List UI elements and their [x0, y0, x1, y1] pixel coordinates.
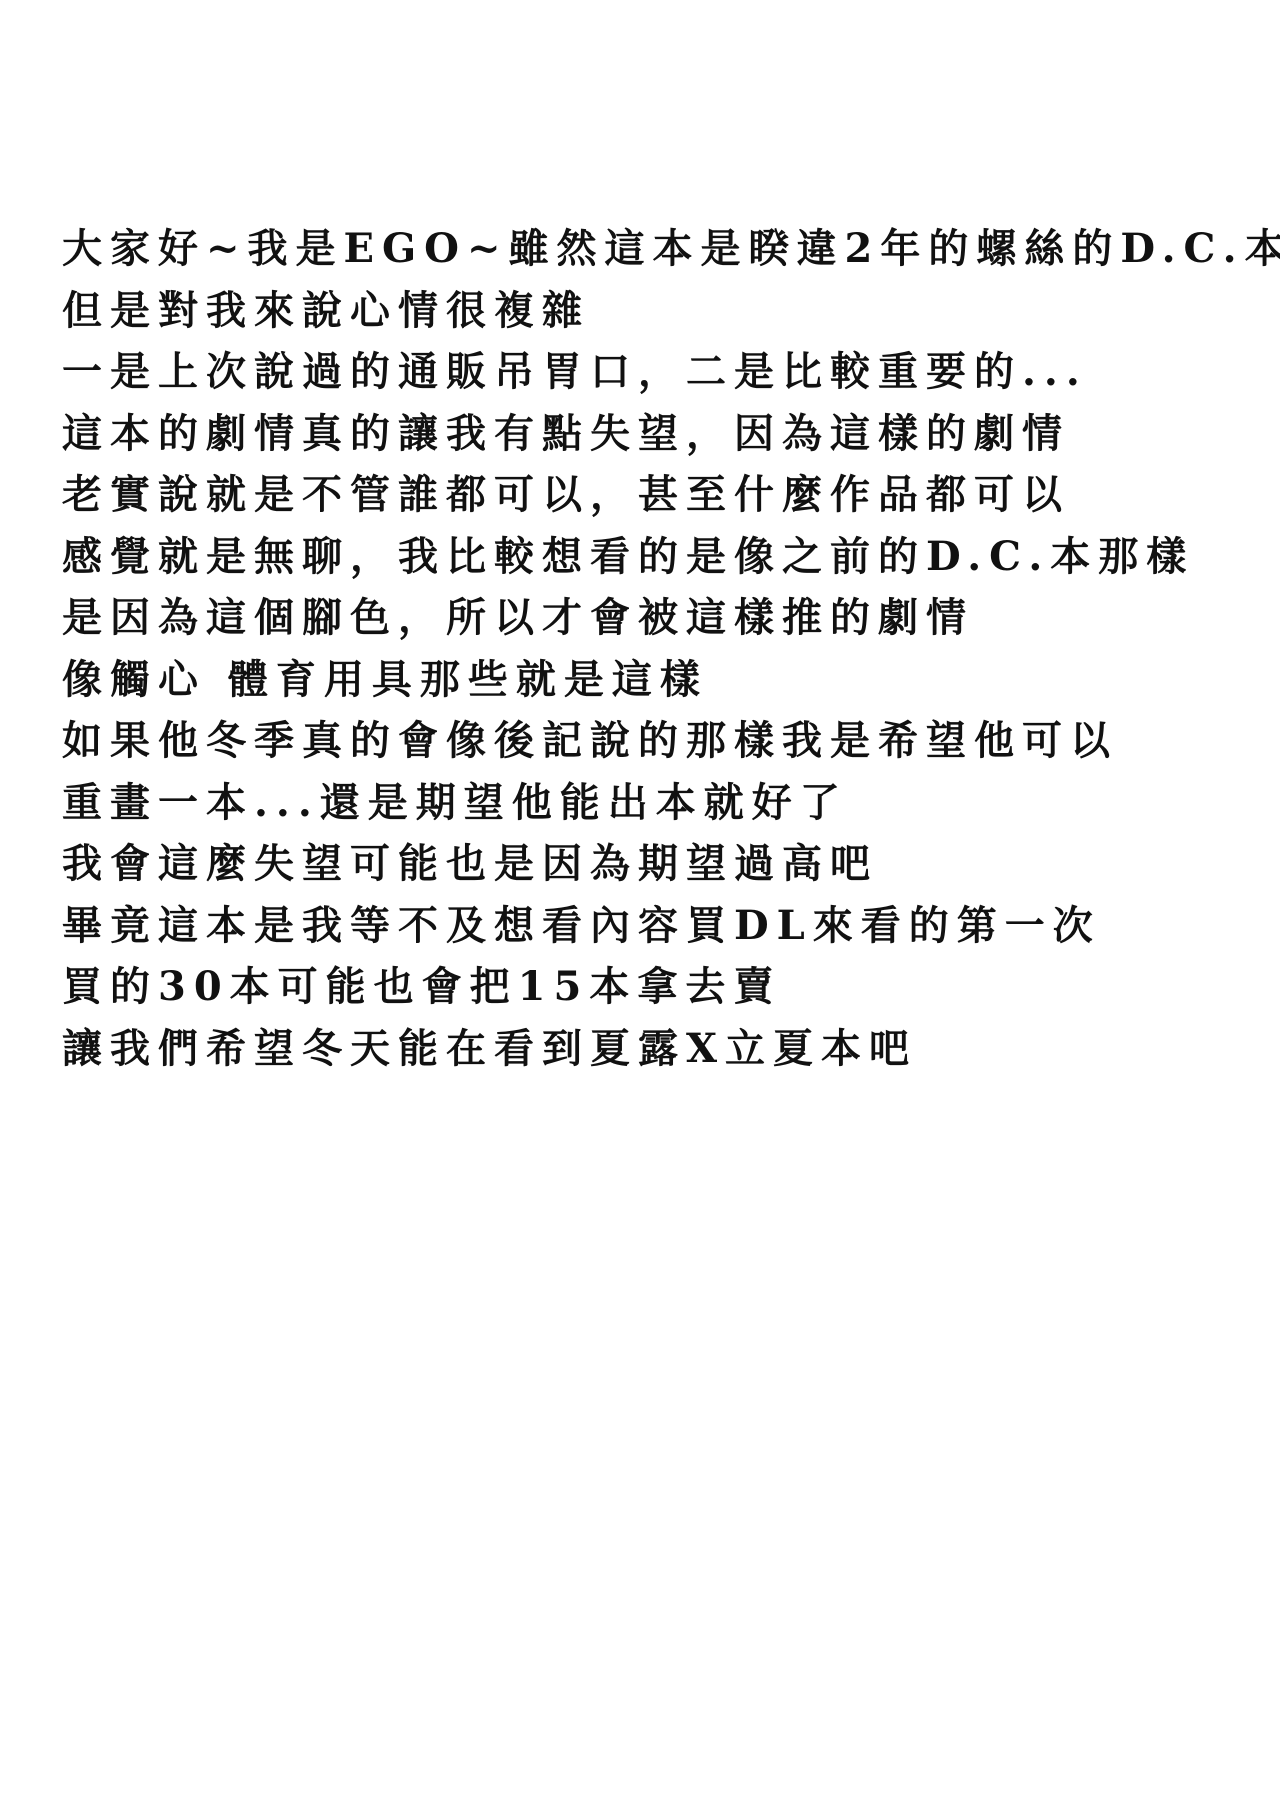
afterword-line-4: 這本的劇情真的讓我有點失望，因為這樣的劇情 [62, 403, 1262, 465]
afterword-line-11: 我會這麼失望可能也是因為期望過高吧 [62, 833, 1262, 895]
afterword-line-9: 如果他冬季真的會像後記說的那樣我是希望他可以 [62, 710, 1262, 772]
afterword-line-12: 畢竟這本是我等不及想看內容買DL來看的第一次 [62, 895, 1262, 957]
afterword-line-2: 但是對我來說心情很複雜 [62, 280, 1262, 342]
afterword-line-5: 老實說就是不管誰都可以，甚至什麼作品都可以 [62, 464, 1262, 526]
afterword-line-6: 感覺就是無聊，我比較想看的是像之前的D.C.本那樣 [62, 526, 1262, 588]
afterword-line-3: 一是上次說過的通販吊胃口，二是比較重要的... [62, 341, 1262, 403]
afterword-text-block: 大家好~我是EGO~雖然這本是睽違2年的螺絲的D.C.本 但是對我來說心情很複雜… [62, 218, 1262, 1079]
afterword-line-1: 大家好~我是EGO~雖然這本是睽違2年的螺絲的D.C.本 [62, 218, 1262, 280]
afterword-line-14: 讓我們希望冬天能在看到夏露X立夏本吧 [62, 1018, 1262, 1080]
document-page: 大家好~我是EGO~雖然這本是睽違2年的螺絲的D.C.本 但是對我來說心情很複雜… [0, 0, 1280, 1812]
afterword-line-7: 是因為這個腳色，所以才會被這樣推的劇情 [62, 587, 1262, 649]
afterword-line-13: 買的30本可能也會把15本拿去賣 [62, 956, 1262, 1018]
afterword-line-8: 像觸心 體育用具那些就是這樣 [62, 649, 1262, 711]
afterword-line-10: 重畫一本...還是期望他能出本就好了 [62, 772, 1262, 834]
